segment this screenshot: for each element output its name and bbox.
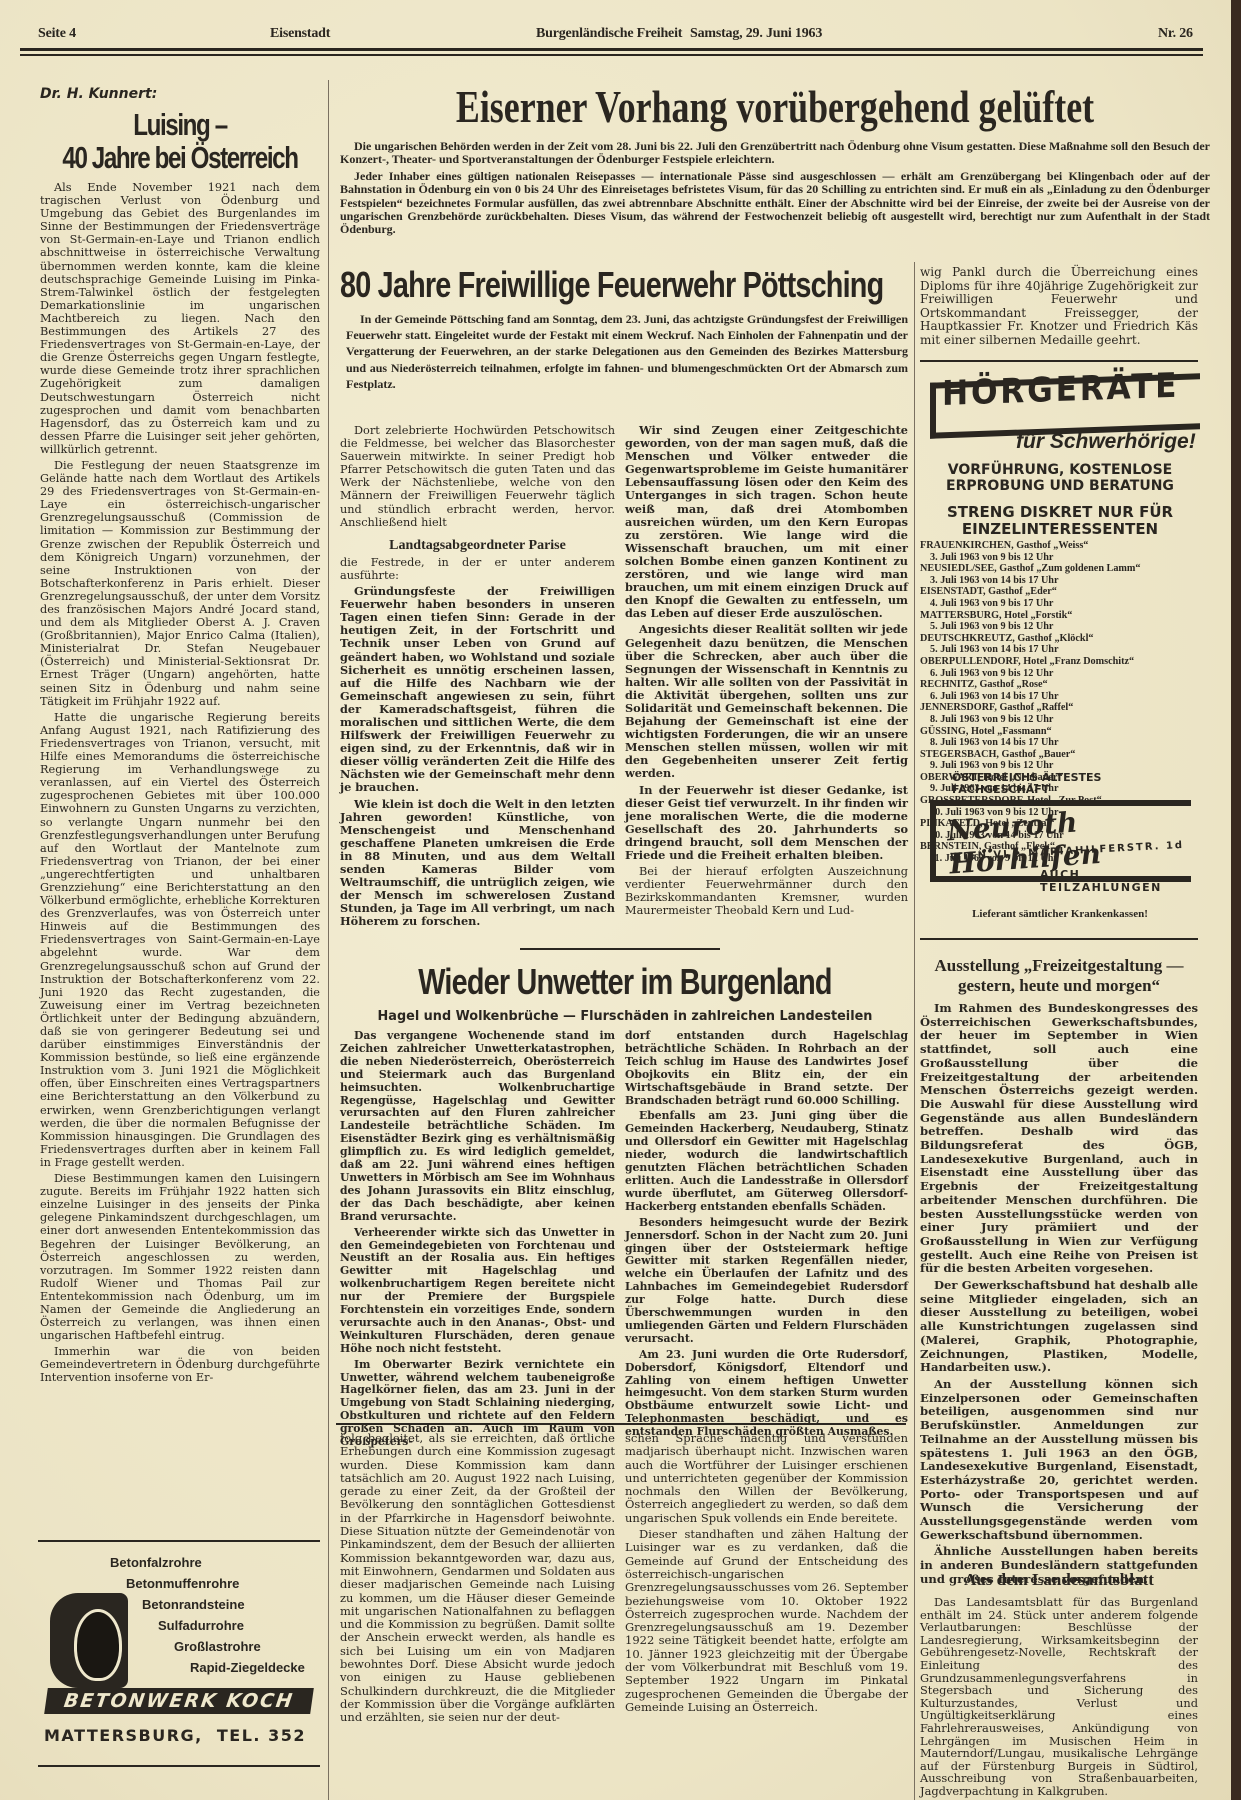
paragraph: Angesichts dieser Realität sollten wir j…	[625, 623, 908, 780]
paragraph: Ebenfalls am 23. Juni ging über die Geme…	[625, 1110, 908, 1213]
schedule-time: 8. Juli 1963 von 14 bis 17 Uhr	[920, 737, 1200, 749]
ausstellung-article: Ausstellung „Freizeitgestaltung — gester…	[920, 956, 1198, 1590]
hoergeraete-tagline: für Schwerhörige!	[1016, 430, 1196, 454]
paragraph: Der Gewerkschaftsbund hat deshalb alle s…	[920, 1279, 1198, 1375]
paragraph: Hatte die ungarische Regierung bereits A…	[40, 711, 320, 1169]
ausstellung-body: Im Rahmen des Bundeskongresses des Öster…	[920, 1002, 1198, 1587]
landesamtsblatt-body: Das Landesamtsblatt für das Burgenland e…	[920, 1596, 1198, 1798]
paragraph: wig Pankl durch die Überreichung eines D…	[920, 266, 1198, 348]
schedule-place: DEUTSCHKREUTZ, Gasthof „Klöckl“	[920, 633, 1200, 645]
divider	[38, 1765, 320, 1767]
neuroth-footer: Lieferant sämtlicher Krankenkassen!	[920, 908, 1200, 920]
masthead-date: Samstag, 29. Juni 1963	[690, 26, 822, 42]
unwetter-col2: dorf entstanden durch Hagelschlag beträc…	[625, 1030, 908, 1442]
page-number: Seite 4	[38, 26, 76, 42]
headline-line: 40 Jahre bei Österreich	[40, 141, 321, 174]
schedule-time: 8. Juli 1963 von 9 bis 12 Uhr	[920, 714, 1200, 726]
paragraph: Gründungsfeste der Freiwilligen Feuerweh…	[340, 585, 615, 795]
landesamtsblatt-headline: Aus dem Landesamtsblatt	[920, 1570, 1198, 1590]
ad-line: STRENG DISKRET NUR FÜR	[920, 504, 1200, 521]
feuerwehr-headline: 80 Jahre Freiwillige Feuerwehr Pöttschin…	[340, 265, 908, 305]
paragraph: An der Ausstellung können sich Einzelper…	[920, 1378, 1198, 1542]
schedule-place: OBERPULLENDORF, Hotel „Franz Domschitz“	[920, 656, 1200, 668]
schedule-time: 4. Juli 1963 von 9 bis 17 Uhr	[920, 598, 1200, 610]
paragraph: dorf entstanden durch Hagelschlag beträc…	[625, 1030, 908, 1107]
unwetter-headline: Wieder Unwetter im Burgenland	[341, 962, 909, 1002]
ad-line: ERPROBUNG UND BERATUNG	[920, 478, 1200, 494]
luising-headline: Luising – 40 Jahre bei Österreich	[71, 108, 289, 174]
paragraph: Am 23. Juni wurden die Orte Rudersdorf, …	[625, 1349, 908, 1439]
divider	[336, 1423, 906, 1425]
vorhang-body: Die ungarischen Behörden werden in der Z…	[340, 140, 1210, 237]
feuerwehr-article: 80 Jahre Freiwillige Feuerwehr Pöttschin…	[340, 265, 908, 395]
divider	[520, 948, 720, 950]
paragraph: Als Ende November 1921 nach dem tragisch…	[40, 181, 320, 456]
paragraph: die Festrede, in der er unter anderem au…	[340, 556, 615, 582]
paragraph: In der Gemeinde Pöttsching fand am Sonnt…	[346, 311, 908, 392]
schedule-time: 6. Juli 1963 von 14 bis 17 Uhr	[920, 691, 1200, 703]
paragraph: Im Rahmen des Bundeskongresses des Öster…	[920, 1002, 1198, 1276]
product-item: Betonrandsteine	[38, 1594, 320, 1615]
paragraph: schen Sprache mächtig und verstünden mad…	[625, 1432, 908, 1525]
unwetter-subtitle: Hagel und Wolkenbrüche — Flurschäden in …	[354, 1008, 896, 1024]
unwetter-col1: Das vergangene Wochenende stand im Zeich…	[340, 1030, 615, 1452]
schedule-place: STEGERSBACH, Gasthof „Bauer“	[920, 749, 1200, 761]
paragraph: Das vergangene Wochenende stand im Zeich…	[340, 1030, 615, 1224]
masthead-rule	[20, 48, 1203, 51]
schedule-place: JENNERSDORF, Gasthof „Raffel“	[920, 702, 1200, 714]
betonwerk-ad: Betonfalzrohre Betonmuffenrohre Betonran…	[38, 1548, 320, 1758]
schedule-time: 6. Juli 1963 von 9 bis 12 Uhr	[920, 668, 1200, 680]
masthead-place: Eisenstadt	[270, 26, 330, 42]
paragraph: In der Feuerwehr ist dieser Gedanke, ist…	[625, 784, 908, 863]
schedule-time: 5. Juli 1963 von 14 bis 17 Uhr	[920, 644, 1200, 656]
headline-line: Luising –	[71, 108, 289, 141]
paragraph: Das Landesamtsblatt für das Burgenland e…	[920, 1596, 1198, 1798]
product-item: Rapid-Ziegeldecke	[38, 1657, 320, 1678]
paragraph: Bei der hierauf erfolgten Auszeichnung v…	[625, 865, 908, 917]
landesamtsblatt-article: Aus dem Landesamtsblatt Das Landesamtsbl…	[920, 1570, 1198, 1800]
schedule-place: NEUSIEDL/SEE, Gasthof „Zum goldenen Lamm…	[920, 563, 1200, 575]
schedule-place: RECHNITZ, Gasthof „Rose“	[920, 679, 1200, 691]
paragraph: Dieser standhaften und zähen Haltung der…	[625, 1528, 908, 1714]
unwetter-article: Wieder Unwetter im Burgenland Hagel und …	[340, 962, 910, 1024]
feuerwehr-col1: Dort zelebrierte Hochwürden Petschowitsc…	[340, 424, 615, 931]
paragraph: Verheerender wirkte sich das Unwetter in…	[340, 1227, 615, 1356]
divider	[920, 360, 1198, 362]
paragraph: Jeder Inhaber eines gültigen nationalen …	[340, 170, 1210, 237]
paragraph: folg begleitet, als sie erreichten, daß …	[340, 1432, 615, 1725]
luising-body: Als Ende November 1921 nach dem tragisch…	[40, 181, 320, 1385]
hoergeraete-ad: HÖRGERÄTE für Schwerhörige! VORFÜHRUNG, …	[920, 368, 1200, 928]
installments-note: AUCH TEILZAHLUNGEN	[1040, 868, 1192, 894]
vorhang-article: Eiserner Vorhang vorübergehend gelüftet …	[340, 82, 1210, 240]
product-list: Betonfalzrohre Betonmuffenrohre Betonran…	[38, 1552, 320, 1678]
paragraph: Besonders heimgesucht wurde der Bezirk J…	[625, 1217, 908, 1346]
hoergeraete-headline: HÖRGERÄTE	[942, 366, 1179, 414]
feuerwehr-subhead: Landtagsabgeordneter Parise	[340, 539, 615, 552]
ad-line: VORFÜHRUNG, KOSTENLOSE	[920, 462, 1200, 478]
page-edge	[1231, 0, 1241, 1800]
product-item: Betonfalzrohre	[38, 1552, 320, 1573]
schedule-place: GÜSSING, Hotel „Fassmann“	[920, 726, 1200, 738]
schedule-place: MATTERSBURG, Hotel „Forstik“	[920, 610, 1200, 622]
schedule-time: 3. Juli 1963 von 9 bis 12 Uhr	[920, 552, 1200, 564]
schedule-time: 5. Juli 1963 von 9 bis 12 Uhr	[920, 621, 1200, 633]
paragraph: Diese Bestimmungen kamen den Luisingern …	[40, 1172, 320, 1342]
product-item: Sulfadurrohre	[38, 1615, 320, 1636]
masthead-rule	[20, 54, 1203, 56]
neuroth-logo: ÖSTERREICHS ÄLTESTES FACHGESCHÄFT Neurot…	[930, 772, 1192, 902]
divider	[920, 938, 1198, 940]
vorhang-headline: Eiserner Vorhang vorübergehend gelüftet	[342, 82, 1208, 132]
paragraph: Die ungarischen Behörden werden in der Z…	[340, 140, 1210, 167]
ausstellung-headline: Ausstellung „Freizeitgestaltung — gester…	[920, 956, 1198, 996]
product-item: Großlastrohre	[38, 1636, 320, 1657]
issue-number: Nr. 26	[1158, 26, 1193, 42]
schedule-place: FRAUENKIRCHEN, Gasthof „Weiss“	[920, 540, 1200, 552]
article-byline: Dr. H. Kunnert:	[40, 86, 320, 102]
product-item: Betonmuffenrohre	[38, 1573, 320, 1594]
betonwerk-contact: MATTERSBURG, TEL. 352	[44, 1726, 316, 1745]
luising-continuation-col1: folg begleitet, als sie erreichten, daß …	[340, 1432, 615, 1728]
luising-article: Dr. H. Kunnert: Luising – 40 Jahre bei Ö…	[40, 86, 320, 1388]
column-rule	[914, 262, 915, 1800]
column-rule	[328, 80, 329, 1800]
betonwerk-brand: BETONWERK KOCH	[44, 1688, 314, 1714]
paragraph: Immerhin war die von beiden Gemeindevert…	[40, 1345, 320, 1384]
feuerwehr-col2: Wir sind Zeugen einer Zeitgeschichte gew…	[625, 424, 908, 920]
luising-continuation-col2: schen Sprache mächtig und verstünden mad…	[625, 1432, 908, 1717]
newspaper-page: Seite 4 Eisenstadt Burgenländische Freih…	[0, 0, 1241, 1800]
masthead: Seite 4 Eisenstadt Burgenländische Freih…	[38, 26, 1198, 42]
schedule-time: 3. Juli 1963 von 14 bis 17 Uhr	[920, 575, 1200, 587]
divider	[38, 1540, 320, 1542]
schedule-place: EISENSTADT, Gasthof „Eder“	[920, 586, 1200, 598]
ad-line: EINZELINTERESSENTEN	[920, 521, 1200, 538]
feuerwehr-col3: wig Pankl durch die Überreichung eines D…	[920, 266, 1198, 351]
neuroth-tagline: ÖSTERREICHS ÄLTESTES FACHGESCHÄFT	[930, 772, 1192, 796]
paragraph: Wie klein ist doch die Welt in den letzt…	[340, 798, 615, 929]
feuerwehr-lead: In der Gemeinde Pöttsching fand am Sonnt…	[340, 311, 908, 392]
hoergeraete-service: VORFÜHRUNG, KOSTENLOSE ERPROBUNG UND BER…	[920, 462, 1200, 538]
newspaper-name: Burgenländische Freiheit	[536, 26, 682, 42]
paragraph: Die Festlegung der neuen Staatsgrenze im…	[40, 459, 320, 708]
paragraph: Wir sind Zeugen einer Zeitgeschichte gew…	[625, 424, 908, 620]
paragraph: Dort zelebrierte Hochwürden Petschowitsc…	[340, 424, 615, 529]
